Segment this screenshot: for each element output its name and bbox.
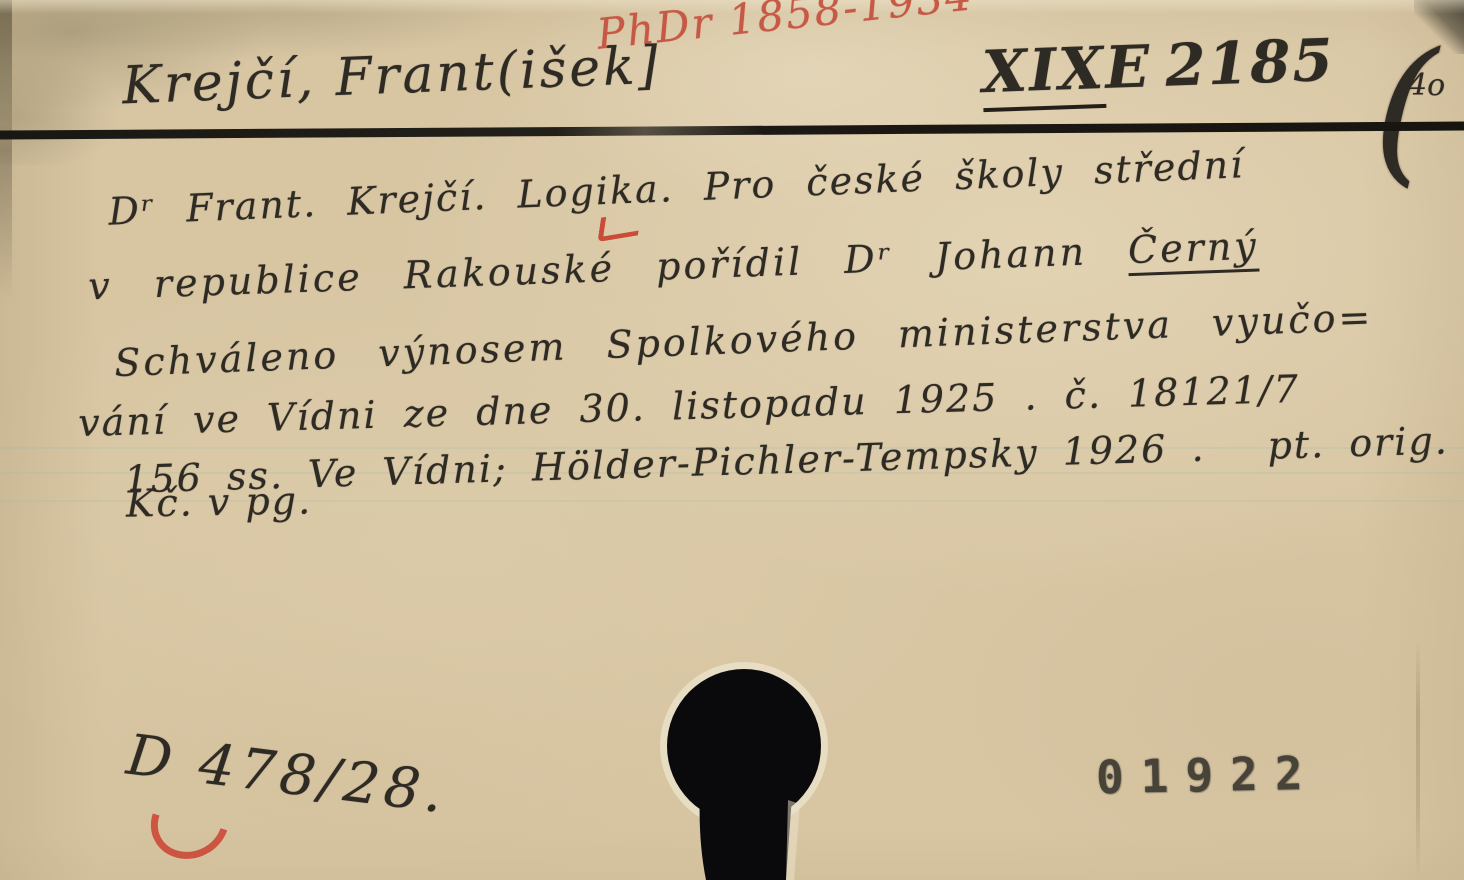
punch-hole-torn-edge (660, 662, 828, 830)
red-correction-mark (597, 211, 641, 242)
binding-note: pt. orig. (1267, 418, 1450, 467)
shelfmark-number: 2185 (1164, 26, 1336, 100)
book-title: Logika. (516, 166, 674, 217)
punch-hole-circle (667, 669, 821, 823)
shelfmark: XIXE2185 (981, 26, 1336, 106)
body-line-1-suffix: Pro české školy střední (673, 142, 1245, 210)
inventory-stamp: 01922 (1095, 746, 1320, 805)
format-size-note: 4o (1408, 68, 1445, 103)
paper-crease (1416, 640, 1420, 880)
divider-rule (0, 122, 1464, 140)
catalog-card: PhDr 1858-1934 Krejčí, Frant(išek] XIXE2… (0, 0, 1464, 880)
shelfmark-class-roman: XIX (981, 34, 1107, 112)
format-parenthesis: ( (1371, 17, 1439, 203)
body-line-1-prefix: Dʳ Frant. Krejčí. (108, 173, 519, 234)
author-heading: Krejčí, Frant(išek] (121, 36, 662, 117)
body-line-6: Kč. v pg. (126, 478, 313, 525)
editor-name: Černý (1127, 224, 1259, 277)
punch-hole-stem (700, 792, 792, 880)
body-line-2: v republice Rakouské pořídil Dʳ Johann Č… (88, 224, 1260, 309)
body-line-1: Dʳ Frant. Krejčí. Logika. Pro české škol… (108, 142, 1246, 234)
punch-hole-stem-highlight (786, 800, 800, 880)
shelfmark-class-letter: E (1104, 32, 1153, 102)
